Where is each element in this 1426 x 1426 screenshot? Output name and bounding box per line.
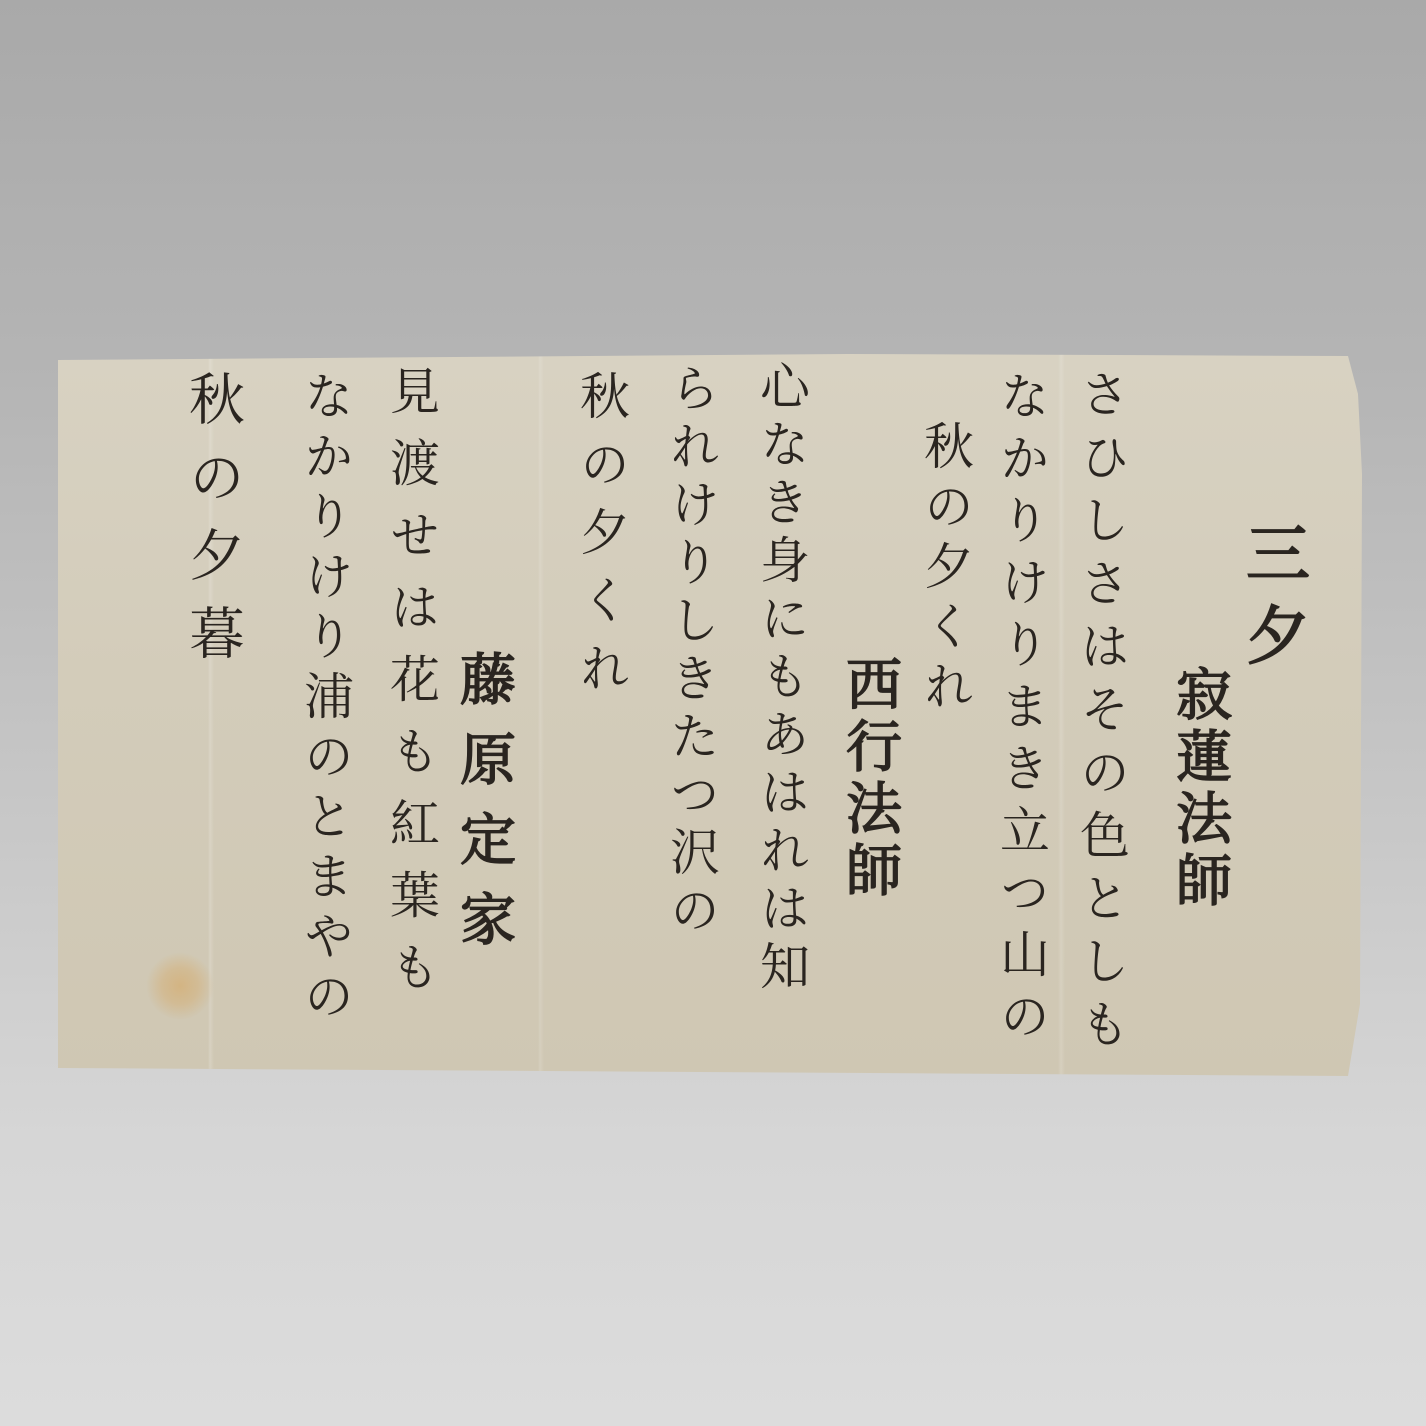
poem-2-line-2: られけりしきたつ沢の xyxy=(666,362,716,942)
document-title: 三夕 xyxy=(1240,520,1304,684)
poem-2-line-1: 心なき身にもあはれは知 xyxy=(756,360,806,998)
poem-3-line-2: なかりけり浦のとまやの xyxy=(300,370,350,1030)
poem-2-line-3: 秋の夕くれ xyxy=(576,370,626,710)
poem-3-line-1: 見渡せは花も紅葉も xyxy=(386,365,436,1013)
poem-1-line-1: さひしさはその色としも xyxy=(1076,368,1126,1061)
poem-3-line-3: 秋の夕暮 xyxy=(184,370,240,682)
poem-1-author: 寂蓮法師 xyxy=(1172,665,1228,913)
poem-1-line-2: なかりけりまき立つ山の xyxy=(996,370,1046,1052)
poem-1-line-3: 秋の夕くれ xyxy=(920,420,970,720)
poem-3-author: 藤原定家 xyxy=(456,650,512,970)
poem-2-author: 西行法師 xyxy=(842,655,898,903)
